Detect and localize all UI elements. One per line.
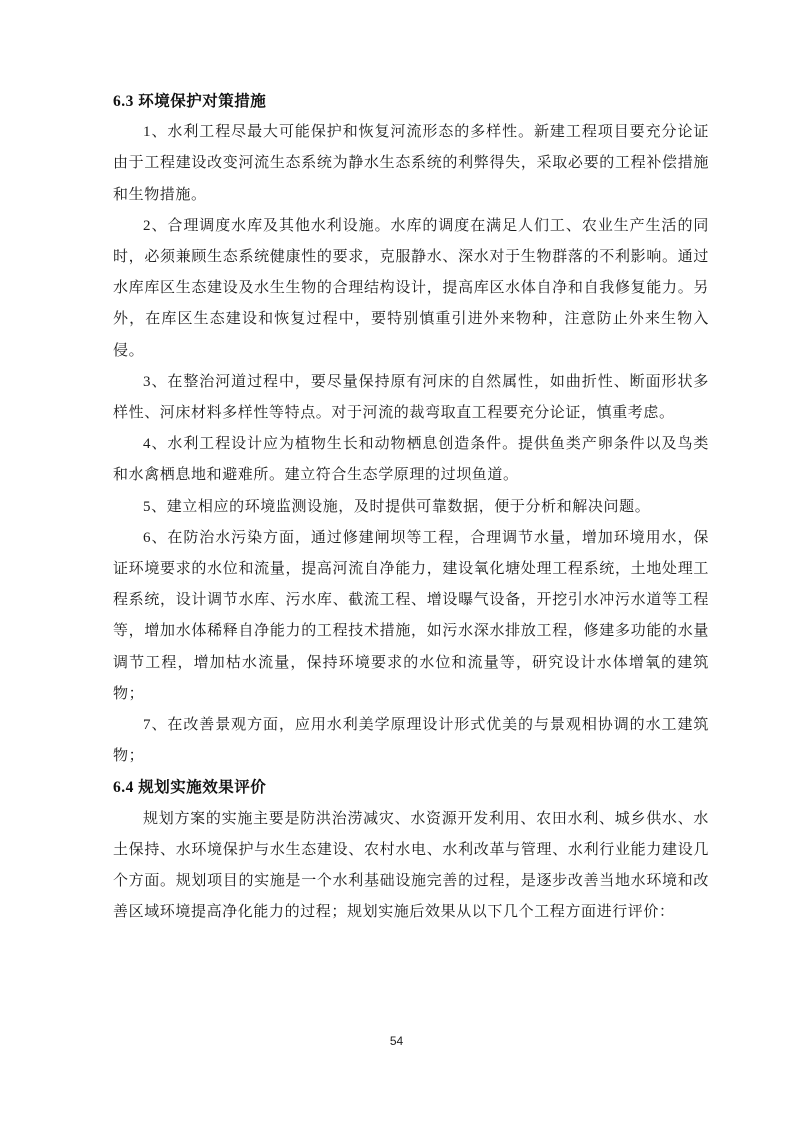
document-content: 6.3 环境保护对策措施 1、水利工程尽最大可能保护和恢复河流形态的多样性。新建… <box>113 86 709 928</box>
section-6-3: 6.3 环境保护对策措施 1、水利工程尽最大可能保护和恢复河流形态的多样性。新建… <box>113 86 709 772</box>
page-number: 54 <box>390 1034 403 1048</box>
paragraph-measure-1: 1、水利工程尽最大可能保护和恢复河流形态的多样性。新建工程项目要充分论证由于工程… <box>113 117 709 211</box>
page-footer: 54 <box>0 1032 793 1050</box>
paragraph-measure-6: 6、在防治水污染方面，通过修建闸坝等工程，合理调节水量，增加环境用水，保证环境要… <box>113 523 709 710</box>
paragraph-measure-5: 5、建立相应的环境监测设施，及时提供可靠数据，便于分析和解决问题。 <box>113 492 709 523</box>
paragraph-measure-2: 2、合理调度水库及其他水利设施。水库的调度在满足人们工、农业生产生活的同时，必须… <box>113 211 709 367</box>
section-6-4: 6.4 规划实施效果评价 规划方案的实施主要是防洪治涝减灾、水资源开发利用、农田… <box>113 772 709 928</box>
section-heading-6-3: 6.3 环境保护对策措施 <box>113 86 709 117</box>
paragraph-measure-4: 4、水利工程设计应为植物生长和动物栖息创造条件。提供鱼类产卵条件以及鸟类和水禽栖… <box>113 429 709 491</box>
paragraph-evaluation-intro: 规划方案的实施主要是防洪治涝减灾、水资源开发利用、农田水利、城乡供水、水土保持、… <box>113 804 709 929</box>
paragraph-measure-3: 3、在整治河道过程中，要尽量保持原有河床的自然属性，如曲折性、断面形状多样性、河… <box>113 367 709 429</box>
document-page: 6.3 环境保护对策措施 1、水利工程尽最大可能保护和恢复河流形态的多样性。新建… <box>0 0 793 1122</box>
section-heading-6-4: 6.4 规划实施效果评价 <box>113 772 709 803</box>
paragraph-measure-7: 7、在改善景观方面，应用水利美学原理设计形式优美的与景观相协调的水工建筑物； <box>113 710 709 772</box>
